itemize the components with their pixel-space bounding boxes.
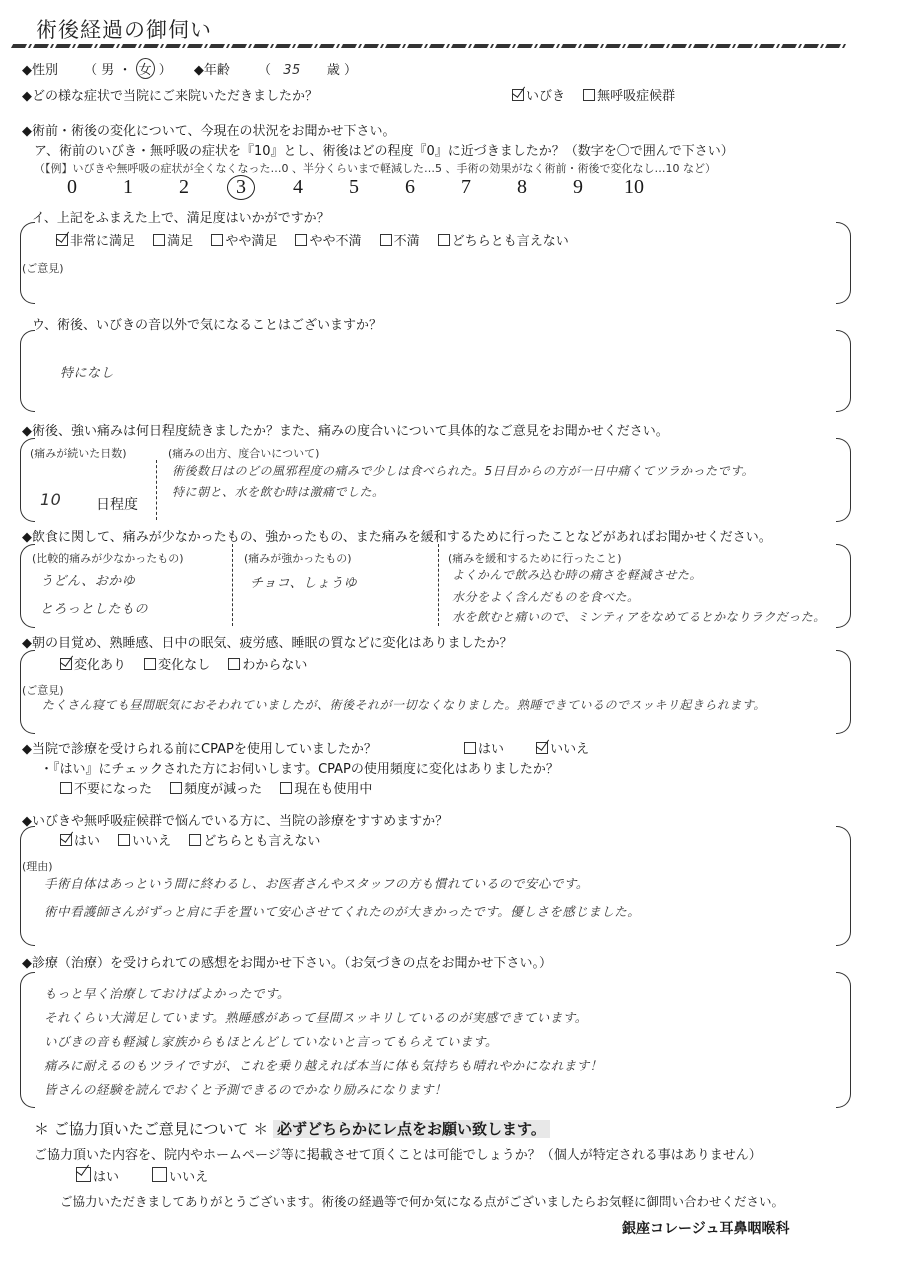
symptom-question: ◆どの様な症状で当院にご来院いただきましたか？ bbox=[22, 85, 318, 104]
satisfaction-option-somewhat-satisfied[interactable]: やや満足 bbox=[211, 234, 277, 249]
impressions-question: ◆診療（治療）を受けられての感想をお聞かせ下さい。（お気づきの点をお聞かせ下さい… bbox=[22, 952, 552, 971]
bracket-left bbox=[20, 330, 35, 412]
cpap-option-yes[interactable]: はい bbox=[464, 742, 504, 757]
food-less-label: (比較的痛みが少なかったもの) bbox=[32, 550, 184, 566]
scale-0[interactable]: 0 bbox=[44, 176, 100, 199]
recommend-options: はい いいえ どちらとも言えない bbox=[60, 830, 334, 849]
bracket-left bbox=[20, 972, 35, 1108]
food-strong-line-1[interactable]: チョコ、しょうゆ bbox=[250, 572, 357, 591]
recommend-question: ◆いびきや無呼吸症候群で悩んでいる方に、当院の診療をすすめますか？ bbox=[22, 810, 448, 829]
food-relief-line-1[interactable]: よくかんで飲み込む時の痛さを軽減させた。 bbox=[452, 566, 702, 583]
consent-option-no[interactable]: いいえ bbox=[152, 1170, 208, 1185]
symptom-option-apnea[interactable]: 無呼吸症候群 bbox=[583, 89, 675, 104]
checkbox-icon bbox=[153, 234, 165, 246]
checkbox-icon bbox=[152, 1167, 167, 1182]
change-example: （【例】いびきや無呼吸の症状が全くなくなった…0 、半分くらいまで軽減した…5 … bbox=[34, 160, 716, 176]
scale-4[interactable]: 4 bbox=[270, 176, 326, 199]
age-value[interactable]: 35 bbox=[283, 63, 301, 78]
food-question: ◆飲食に関して、痛みが少なかったもの、強かったもの、また痛みを緩和するために行っ… bbox=[22, 526, 772, 545]
checkbox-icon bbox=[280, 782, 292, 794]
recommend-reason-line-1[interactable]: 手術自体はあっという間に終わるし、お医者さんやスタッフの方も慣れているので安心で… bbox=[44, 874, 589, 892]
impressions-line-2[interactable]: それくらい大満足しています。熟睡感があって昼間スッキリしているのが実感できていま… bbox=[44, 1008, 588, 1026]
pain-detail-label: (痛みの出方、度合いについて) bbox=[168, 445, 319, 461]
satisfaction-option-satisfied[interactable]: 満足 bbox=[153, 234, 193, 249]
dashed-divider bbox=[156, 460, 157, 520]
bracket-right bbox=[836, 222, 851, 304]
food-strong-label: (痛みが強かったもの) bbox=[244, 550, 352, 566]
satisfaction-option-somewhat-dissatisfied[interactable]: やや不満 bbox=[295, 234, 361, 249]
checkbox-icon bbox=[189, 834, 201, 846]
checkbox-checked-icon bbox=[60, 834, 72, 846]
bracket-right bbox=[836, 972, 851, 1108]
age-unit: 歳 bbox=[327, 63, 340, 78]
checkbox-icon bbox=[170, 782, 182, 794]
checkbox-checked-icon bbox=[512, 89, 524, 101]
checkbox-icon bbox=[380, 234, 392, 246]
impressions-line-5[interactable]: 皆さんの経験を読んでおくと予測できるのでかなり励みになります！ bbox=[44, 1080, 447, 1098]
symptom-options: いびき 無呼吸症候群 bbox=[512, 85, 689, 104]
recommend-reason-line-2[interactable]: 術中看護師さんがずっと肩に手を置いて安心させてくれたのが大きかったです。優しさを… bbox=[44, 902, 640, 920]
checkbox-checked-icon bbox=[76, 1167, 91, 1182]
satisfaction-option-very-satisfied[interactable]: 非常に満足 bbox=[56, 234, 135, 249]
scale-2[interactable]: 2 bbox=[156, 176, 212, 199]
pain-days-value[interactable]: 10 bbox=[40, 490, 61, 509]
checkbox-checked-icon bbox=[60, 658, 72, 670]
cpap-options: はい いいえ bbox=[464, 738, 603, 757]
recommend-option-no[interactable]: いいえ bbox=[118, 834, 171, 849]
sleep-comment[interactable]: たくさん寝ても昼間眠気におそわれていましたが、術後それが一切なくなりました。熟睡… bbox=[42, 696, 766, 713]
pain-question: ◆術後、強い痛みは何日程度続きましたか？また、痛みの度合いについて具体的なご意見… bbox=[22, 420, 669, 439]
consent-heading: ＊ ご協力頂いたご意見について ＊ 必ずどちらかにレ点をお願い致します。 bbox=[34, 1118, 550, 1139]
scale-3-selected[interactable]: 3 bbox=[227, 175, 255, 200]
consent-heading-highlight: 必ずどちらかにレ点をお願い致します。 bbox=[273, 1120, 550, 1138]
sleep-option-unchanged[interactable]: 変化なし bbox=[144, 658, 210, 673]
bracket-right bbox=[836, 438, 851, 522]
scale-10[interactable]: 10 bbox=[606, 176, 662, 199]
sleep-question: ◆朝の目覚め、熟睡感、日中の眠気、疲労感、睡眠の質などに変化はありましたか？ bbox=[22, 632, 512, 651]
page-title: 術後経過の御伺い bbox=[36, 14, 212, 44]
gender-option-male[interactable]: 男 bbox=[101, 63, 114, 78]
change-heading: ◆術前・術後の変化について、今現在の状況をお聞かせ下さい。 bbox=[22, 120, 395, 139]
cpap-followup-options: 不要になった 頻度が減った 現在も使用中 bbox=[60, 778, 386, 797]
scale-1[interactable]: 1 bbox=[100, 176, 156, 199]
recommend-reason-label: (理由) bbox=[22, 858, 53, 874]
checkbox-icon bbox=[464, 742, 476, 754]
food-relief-label: (痛みを緩和するために行ったこと) bbox=[448, 550, 622, 566]
gender-option-female[interactable]: 女 bbox=[136, 58, 155, 79]
gender-label: ◆性別 bbox=[22, 63, 58, 78]
impressions-line-4[interactable]: 痛みに耐えるのもツライですが、これを乗り越えれば本当に体も気持ちも晴れやかになれ… bbox=[44, 1056, 603, 1074]
checkbox-checked-icon bbox=[56, 234, 68, 246]
checkbox-icon bbox=[211, 234, 223, 246]
other-concerns-answer[interactable]: 特になし bbox=[60, 362, 114, 381]
pain-detail-line-2[interactable]: 特に朝と、水を飲む時は激痛でした。 bbox=[172, 483, 385, 500]
profile-row: ◆性別 （ 男 ・ 女 ） ◆年齢 （ 35 歳 ） bbox=[22, 58, 357, 79]
satisfaction-option-dissatisfied[interactable]: 不満 bbox=[380, 234, 420, 249]
symptom-option-snoring[interactable]: いびき bbox=[512, 89, 565, 104]
bracket-right bbox=[836, 826, 851, 946]
scale-7[interactable]: 7 bbox=[438, 176, 494, 199]
bracket-right bbox=[836, 544, 851, 628]
dashed-divider bbox=[438, 544, 439, 626]
sleep-option-changed[interactable]: 変化あり bbox=[60, 658, 126, 673]
consent-option-yes[interactable]: はい bbox=[76, 1170, 119, 1185]
checkbox-icon bbox=[438, 234, 450, 246]
cpap-option-no[interactable]: いいえ bbox=[536, 742, 589, 757]
food-relief-line-3[interactable]: 水を飲むと痛いので、ミンティアをなめてるとかなりラクだった。 bbox=[452, 608, 826, 625]
change-scale: 012345678910 bbox=[44, 175, 662, 200]
satisfaction-option-neutral[interactable]: どちらとも言えない bbox=[438, 234, 569, 249]
sleep-option-unknown[interactable]: わからない bbox=[228, 658, 307, 673]
scale-5[interactable]: 5 bbox=[326, 176, 382, 199]
other-concerns-question: ウ、術後、いびきの音以外で気になることはございますか？ bbox=[32, 314, 382, 333]
recommend-option-neutral[interactable]: どちらとも言えない bbox=[189, 834, 320, 849]
checkbox-icon bbox=[583, 89, 595, 101]
food-less-line-2[interactable]: とろっとしたもの bbox=[40, 598, 148, 617]
cpap-option-still-using[interactable]: 現在も使用中 bbox=[280, 782, 372, 797]
checkbox-icon bbox=[228, 658, 240, 670]
scale-8[interactable]: 8 bbox=[494, 176, 550, 199]
dashed-divider bbox=[232, 544, 233, 626]
bracket-left bbox=[20, 826, 35, 946]
cpap-question: ◆当院で診療を受けられる前にCPAPを使用していましたか？ bbox=[22, 738, 377, 757]
pain-days-label: (痛みが続いた日数) bbox=[30, 445, 127, 461]
cpap-followup: ・『はい』にチェックされた方にお伺いします。CPAPの使用頻度に変化はありました… bbox=[40, 758, 559, 777]
scale-9[interactable]: 9 bbox=[550, 176, 606, 199]
bracket-right bbox=[836, 330, 851, 412]
satisfaction-options: 非常に満足 満足 やや満足 やや不満 不満 どちらとも言えない bbox=[56, 230, 583, 249]
consent-heading-prefix: ＊ ご協力頂いたご意見について ＊ bbox=[34, 1120, 268, 1138]
pain-detail-line-1[interactable]: 術後数日はのどの風邪程度の痛みで少しは食べられた。5日目からの方が一日中痛くてツ… bbox=[172, 462, 754, 479]
recommend-option-yes[interactable]: はい bbox=[60, 834, 100, 849]
impressions-line-3[interactable]: いびきの音も軽減し家族からもほとんどしていないと言ってもらえています。 bbox=[44, 1032, 498, 1050]
consent-thanks: ご協力いただきましてありがとうございます。術後の経過等で何か気になる点がございま… bbox=[60, 1192, 784, 1210]
checkbox-checked-icon bbox=[536, 742, 548, 754]
consent-options: はい いいえ bbox=[76, 1166, 222, 1185]
consent-question: ご協力頂いた内容を、院内やホームページ等に掲載させて頂くことは可能でしょうか？（… bbox=[34, 1144, 762, 1163]
pain-days-unit: 日程度 bbox=[96, 494, 138, 514]
header-divider bbox=[11, 44, 848, 48]
sleep-options: 変化あり 変化なし わからない bbox=[60, 654, 321, 673]
checkbox-icon bbox=[295, 234, 307, 246]
age-label: ◆年齢 bbox=[194, 63, 230, 78]
change-question-a: ア、術前のいびき・無呼吸の症状を『10』とし、術後はどの程度『0』に近づきました… bbox=[34, 140, 734, 159]
impressions-line-1[interactable]: もっと早く治療しておけばよかったです。 bbox=[44, 984, 290, 1002]
food-relief-line-2[interactable]: 水分をよく含んだものを食べた。 bbox=[452, 588, 640, 605]
bracket-right bbox=[836, 650, 851, 734]
cpap-option-reduced[interactable]: 頻度が減った bbox=[170, 782, 262, 797]
clinic-name: 銀座コレージュ耳鼻咽喉科 bbox=[622, 1218, 789, 1238]
satisfaction-comment-label: (ご意見) bbox=[22, 260, 64, 276]
scale-6[interactable]: 6 bbox=[382, 176, 438, 199]
satisfaction-question: イ、上記をふまえた上で、満足度はいかがですか？ bbox=[32, 207, 330, 226]
checkbox-icon bbox=[144, 658, 156, 670]
checkbox-icon bbox=[60, 782, 72, 794]
checkbox-icon bbox=[118, 834, 130, 846]
food-less-line-1[interactable]: うどん、おかゆ bbox=[40, 570, 135, 589]
cpap-option-unneeded[interactable]: 不要になった bbox=[60, 782, 152, 797]
